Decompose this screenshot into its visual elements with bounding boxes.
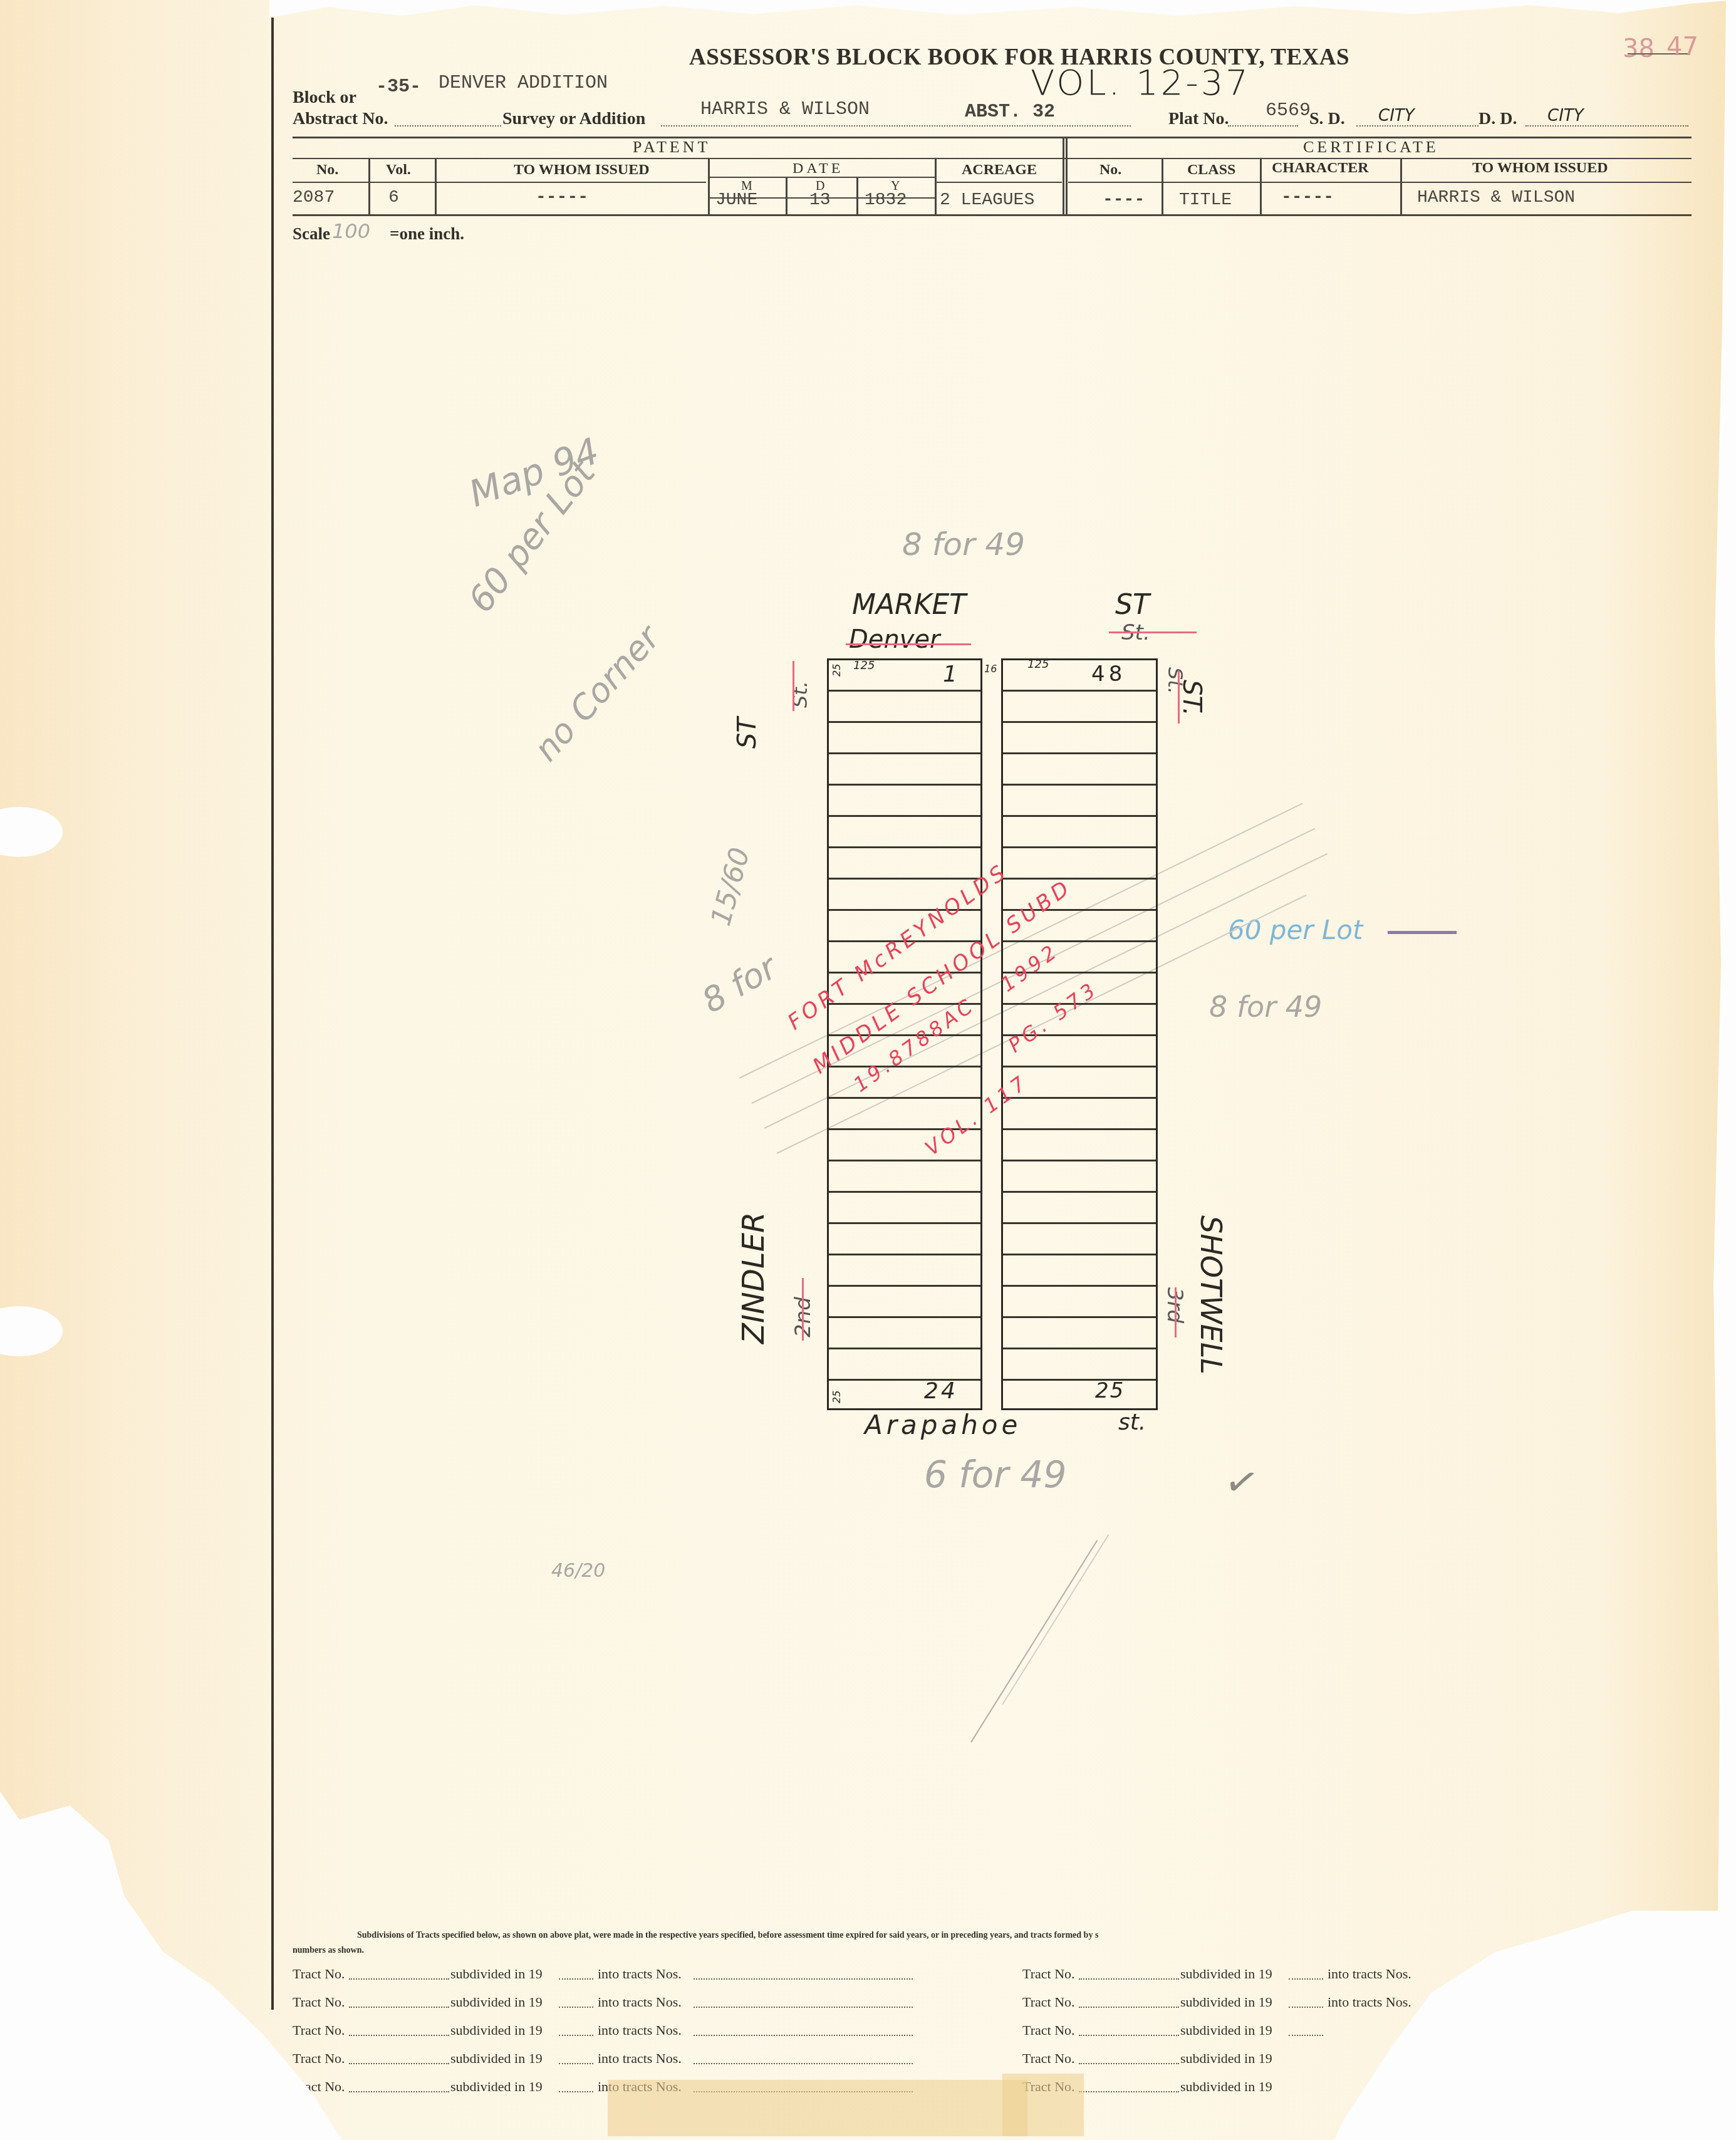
year-field[interactable] (1289, 2007, 1323, 2008)
survey-dotted-line (661, 125, 1131, 127)
addition-name: DENVER ADDITION (439, 73, 608, 94)
tract-label: Tract No. (293, 1994, 345, 2010)
subdivided-label: subdivided in 19 (1180, 1994, 1272, 2010)
col-header-date: DATE (793, 160, 843, 177)
margin-rule (271, 18, 274, 2010)
street-market-suffix: ST (1115, 589, 1150, 621)
old-west-suffix: St. (788, 681, 812, 708)
patent-to-whom: ----- (536, 188, 588, 207)
col-divider (368, 159, 370, 214)
col-divider (856, 178, 858, 214)
table-heading-rule (293, 158, 1692, 159)
page-title: ASSESSOR'S BLOCK BOOK FOR HARRIS COUNTY,… (689, 44, 1349, 71)
lot (1003, 1349, 1156, 1381)
scale-label: Scale (293, 224, 330, 244)
abstract-dotted-line (395, 125, 501, 127)
lot (1003, 660, 1156, 692)
col-divider (1162, 159, 1163, 214)
lot (1003, 723, 1156, 754)
into-label: into tracts Nos. (1328, 1994, 1411, 2010)
lot (829, 1161, 980, 1193)
lot (829, 660, 980, 692)
lot (829, 786, 980, 817)
lot (1003, 786, 1156, 817)
abstract-value: ABST. 32 (965, 101, 1055, 123)
plat-dotted-line (1228, 125, 1298, 127)
lot (1003, 754, 1156, 786)
col-header-vol: Vol. (386, 162, 411, 179)
col-divider (435, 159, 437, 214)
col-divider (1400, 159, 1402, 214)
subdivided-label: subdivided in 19 (450, 1966, 543, 1982)
lot (1003, 1193, 1156, 1224)
dd-value: CITY (1547, 106, 1584, 125)
tracts-nos-field[interactable] (694, 1978, 913, 1980)
tract-no-field[interactable] (1079, 1978, 1179, 1980)
col-header-cert-no: No. (1099, 162, 1121, 179)
table-bottom-rule (293, 214, 1692, 216)
tracts-nos-field[interactable] (694, 2063, 913, 2064)
lot-depth-left: 125 (853, 659, 875, 672)
tracts-nos-field[interactable] (694, 2007, 913, 2008)
col-divider-double (1063, 137, 1064, 214)
into-label: into tracts Nos. (598, 2022, 682, 2039)
lot (1003, 1255, 1156, 1287)
tract-label: Tract No. (293, 2022, 345, 2039)
page-number-old: 38 (1623, 34, 1655, 63)
certificate-heading: CERTIFICATE (1303, 138, 1439, 157)
tract-label: Tract No. (1022, 2050, 1075, 2067)
pencil-note-bottom-rate: 6 for 49 (924, 1453, 1066, 1496)
street-west-suffix: ST (733, 717, 762, 749)
strikethrough-st (1109, 631, 1197, 633)
tape-patch (1002, 2074, 1084, 2136)
into-label: into tracts Nos. (598, 1994, 682, 2010)
crayon-note-per-lot: 60 per Lot (1228, 915, 1363, 945)
lot-frontage-left-top: 25 (831, 664, 843, 677)
lot-number-48: 48 (1091, 662, 1126, 687)
year-field[interactable] (559, 2007, 593, 2008)
street-shotwell: SHOTWELL (1194, 1215, 1228, 1374)
year-field[interactable] (1289, 1978, 1323, 1980)
lot (829, 1193, 980, 1224)
cert-class: TITLE (1179, 190, 1232, 210)
lot (1003, 1099, 1156, 1130)
patent-subheader-rule (293, 182, 706, 183)
tract-row: Tract No. subdivided in 19 into tracts N… (293, 1966, 994, 1994)
sd-label: S. D. (1309, 109, 1345, 129)
street-arapahoe: Arapahoe (865, 1410, 1021, 1440)
lot-depth-right: 125 (1027, 658, 1049, 671)
col-divider (1260, 159, 1262, 214)
plat-label: Plat No. (1168, 109, 1229, 129)
tract-no-field[interactable] (349, 2007, 449, 2008)
subdivided-label: subdivided in 19 (450, 2079, 543, 2095)
dd-label: D. D. (1479, 109, 1517, 129)
patent-day: 13 (809, 190, 831, 210)
street-zindler: ZINDLER (736, 1212, 771, 1344)
tract-no-field[interactable] (1079, 2007, 1179, 2008)
lot (1003, 1161, 1156, 1193)
patent-year: 1832 (865, 190, 907, 210)
pencil-note-fraction-bottom: 46/20 (551, 1560, 605, 1582)
patent-month: JUNE (715, 190, 757, 210)
year-field[interactable] (559, 2091, 593, 2092)
tract-no-field[interactable] (349, 1978, 449, 1980)
tract-no-field[interactable] (349, 2063, 449, 2064)
lot (1003, 1318, 1156, 1349)
tract-label: Tract No. (1022, 1966, 1075, 1982)
strikethrough-3rd (1175, 1287, 1177, 1337)
col-header-no: No. (316, 162, 338, 179)
lot (1003, 848, 1156, 880)
street-arapahoe-suffix: st. (1118, 1410, 1146, 1435)
pencil-note-right-rate: 8 for 49 (1209, 990, 1322, 1024)
lot (1003, 692, 1156, 723)
tract-label: Tract No. (293, 2050, 345, 2067)
lot (829, 1349, 980, 1381)
year-field[interactable] (559, 2063, 593, 2064)
lot (829, 1287, 980, 1318)
tract-label: Tract No. (293, 1966, 345, 1982)
volume-note: VOL. 12-37 (1031, 63, 1250, 103)
patent-heading: PATENT (633, 138, 710, 157)
tract-row: Tract No. subdivided in 19 into tracts N… (293, 1994, 994, 2022)
col-divider (786, 178, 787, 214)
year-field[interactable] (559, 2035, 593, 2036)
subdivided-label: subdivided in 19 (1180, 2079, 1272, 2095)
table-top-rule (293, 137, 1692, 138)
tract-no-field[interactable] (349, 2035, 449, 2036)
col-header-class: CLASS (1187, 162, 1235, 179)
strikethrough-denver (846, 643, 971, 645)
subdivisions-intro: Subdivisions of Tracts specified below, … (357, 1931, 1098, 1941)
into-label: into tracts Nos. (598, 2050, 682, 2067)
strikethrough-2nd (802, 1278, 804, 1341)
year-field[interactable] (1289, 2035, 1323, 2036)
lot (1003, 1287, 1156, 1318)
lot (829, 692, 980, 723)
tract-row: Tract No. subdivided in 19 into tracts N… (293, 2022, 994, 2050)
subdivided-label: subdivided in 19 (450, 1994, 543, 2010)
lot-number-25: 25 (1095, 1378, 1125, 1403)
tract-no-field[interactable] (1079, 2035, 1179, 2036)
subdivisions-intro-line2: numbers as shown. (293, 1946, 364, 1956)
into-label: into tracts Nos. (1328, 1966, 1411, 1982)
tract-label: Tract No. (1022, 2022, 1075, 2039)
subdivided-label: subdivided in 19 (450, 2022, 543, 2039)
sd-dotted-line (1356, 125, 1479, 127)
lot (829, 723, 980, 754)
survey-value: HARRIS & WILSON (700, 99, 870, 120)
strikethrough-east-st (1178, 670, 1180, 724)
cert-no: ---- (1103, 190, 1145, 210)
tract-no-field[interactable] (1079, 2063, 1179, 2064)
dd-dotted-line (1525, 125, 1688, 127)
crayon-dash (1388, 931, 1457, 934)
subdivided-label: subdivided in 19 (1180, 1966, 1272, 1982)
lot (1003, 1224, 1156, 1255)
tract-row: Tract No. subdivided in 19 into tracts N… (293, 2050, 994, 2079)
cert-character: ----- (1281, 188, 1334, 207)
abstract-label: Abstract No. (293, 109, 388, 129)
patent-vol: 6 (388, 188, 399, 207)
lot (1003, 1381, 1156, 1412)
old-street-denver: Denver (849, 625, 940, 654)
tract-no-field[interactable] (349, 2091, 449, 2092)
block-number: -35- (376, 76, 421, 98)
tract-no-field[interactable] (1079, 2091, 1179, 2092)
lot (829, 1318, 980, 1349)
survey-label: Survey or Addition (502, 109, 645, 129)
acreage-rule (937, 182, 1062, 183)
sd-value: CITY (1378, 106, 1415, 125)
col-header-cert-to-whom: TO WHOM ISSUED (1472, 160, 1608, 177)
plat-value: 6569 (1266, 100, 1311, 122)
lot (829, 1224, 980, 1255)
col-header-acreage: ACREAGE (962, 162, 1037, 179)
lot (829, 817, 980, 848)
col-header-to-whom: TO WHOM ISSUED (514, 162, 650, 179)
strikethrough-west-st (793, 661, 794, 711)
patent-acreage: 2 LEAGUES (940, 190, 1034, 210)
lot (829, 1255, 980, 1287)
patent-no: 2087 (293, 188, 335, 207)
street-market: MARKET (852, 589, 966, 621)
lot (1003, 1130, 1156, 1161)
subdivided-label: subdivided in 19 (450, 2050, 543, 2067)
subdivided-label: subdivided in 19 (1180, 2022, 1272, 2039)
pencil-note-top-rate: 8 for 49 (902, 526, 1025, 563)
tract-label: Tract No. (1022, 1994, 1075, 2010)
col-divider (935, 159, 937, 214)
page-number-new: 47 (1666, 33, 1698, 61)
lot-number-1: 1 (943, 662, 957, 687)
into-label: into tracts Nos. (598, 1966, 682, 1982)
alley-width: 16 (984, 663, 997, 675)
tape-patch (608, 2080, 1027, 2136)
block-label: Block or (293, 88, 356, 108)
col-header-character: CHARACTER (1272, 160, 1369, 177)
lot (829, 1067, 980, 1099)
col-divider (708, 159, 710, 214)
scale-suffix: =one inch. (390, 224, 464, 244)
cert-to-whom: HARRIS & WILSON (1417, 188, 1575, 207)
lot-frontage-left-bottom: 25 (831, 1391, 843, 1403)
col-divider-double (1066, 137, 1068, 214)
tracts-nos-field[interactable] (694, 2035, 913, 2036)
old-east-suffix: St. (1163, 667, 1187, 694)
year-field[interactable] (559, 1978, 593, 1980)
lot (829, 848, 980, 880)
subdivided-label: subdivided in 19 (1180, 2050, 1272, 2067)
scale-value: 100 (332, 219, 370, 243)
lot (829, 754, 980, 786)
lot-number-24: 24 (924, 1378, 958, 1404)
lot (1003, 817, 1156, 848)
